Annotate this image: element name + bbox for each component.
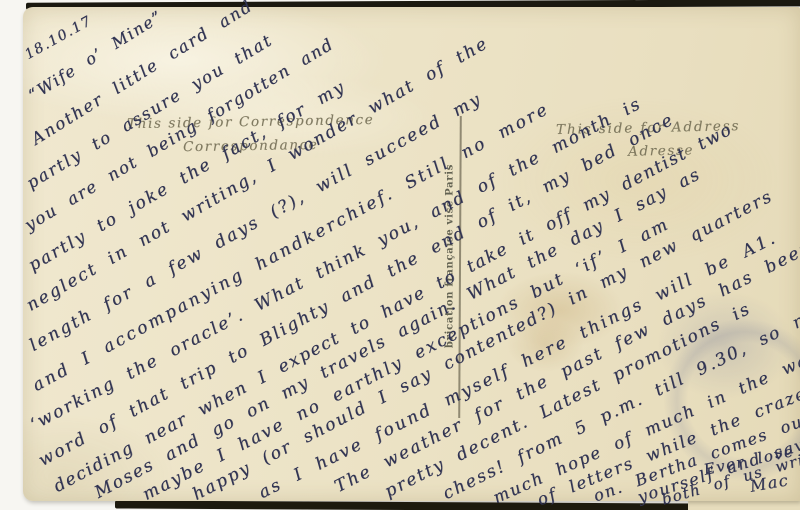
handwriting-message: 18.10.17“Wife o’ Mine”Another little car… xyxy=(0,0,800,510)
postcard-scan: This side for Correspondence Corresponda… xyxy=(0,0,800,510)
